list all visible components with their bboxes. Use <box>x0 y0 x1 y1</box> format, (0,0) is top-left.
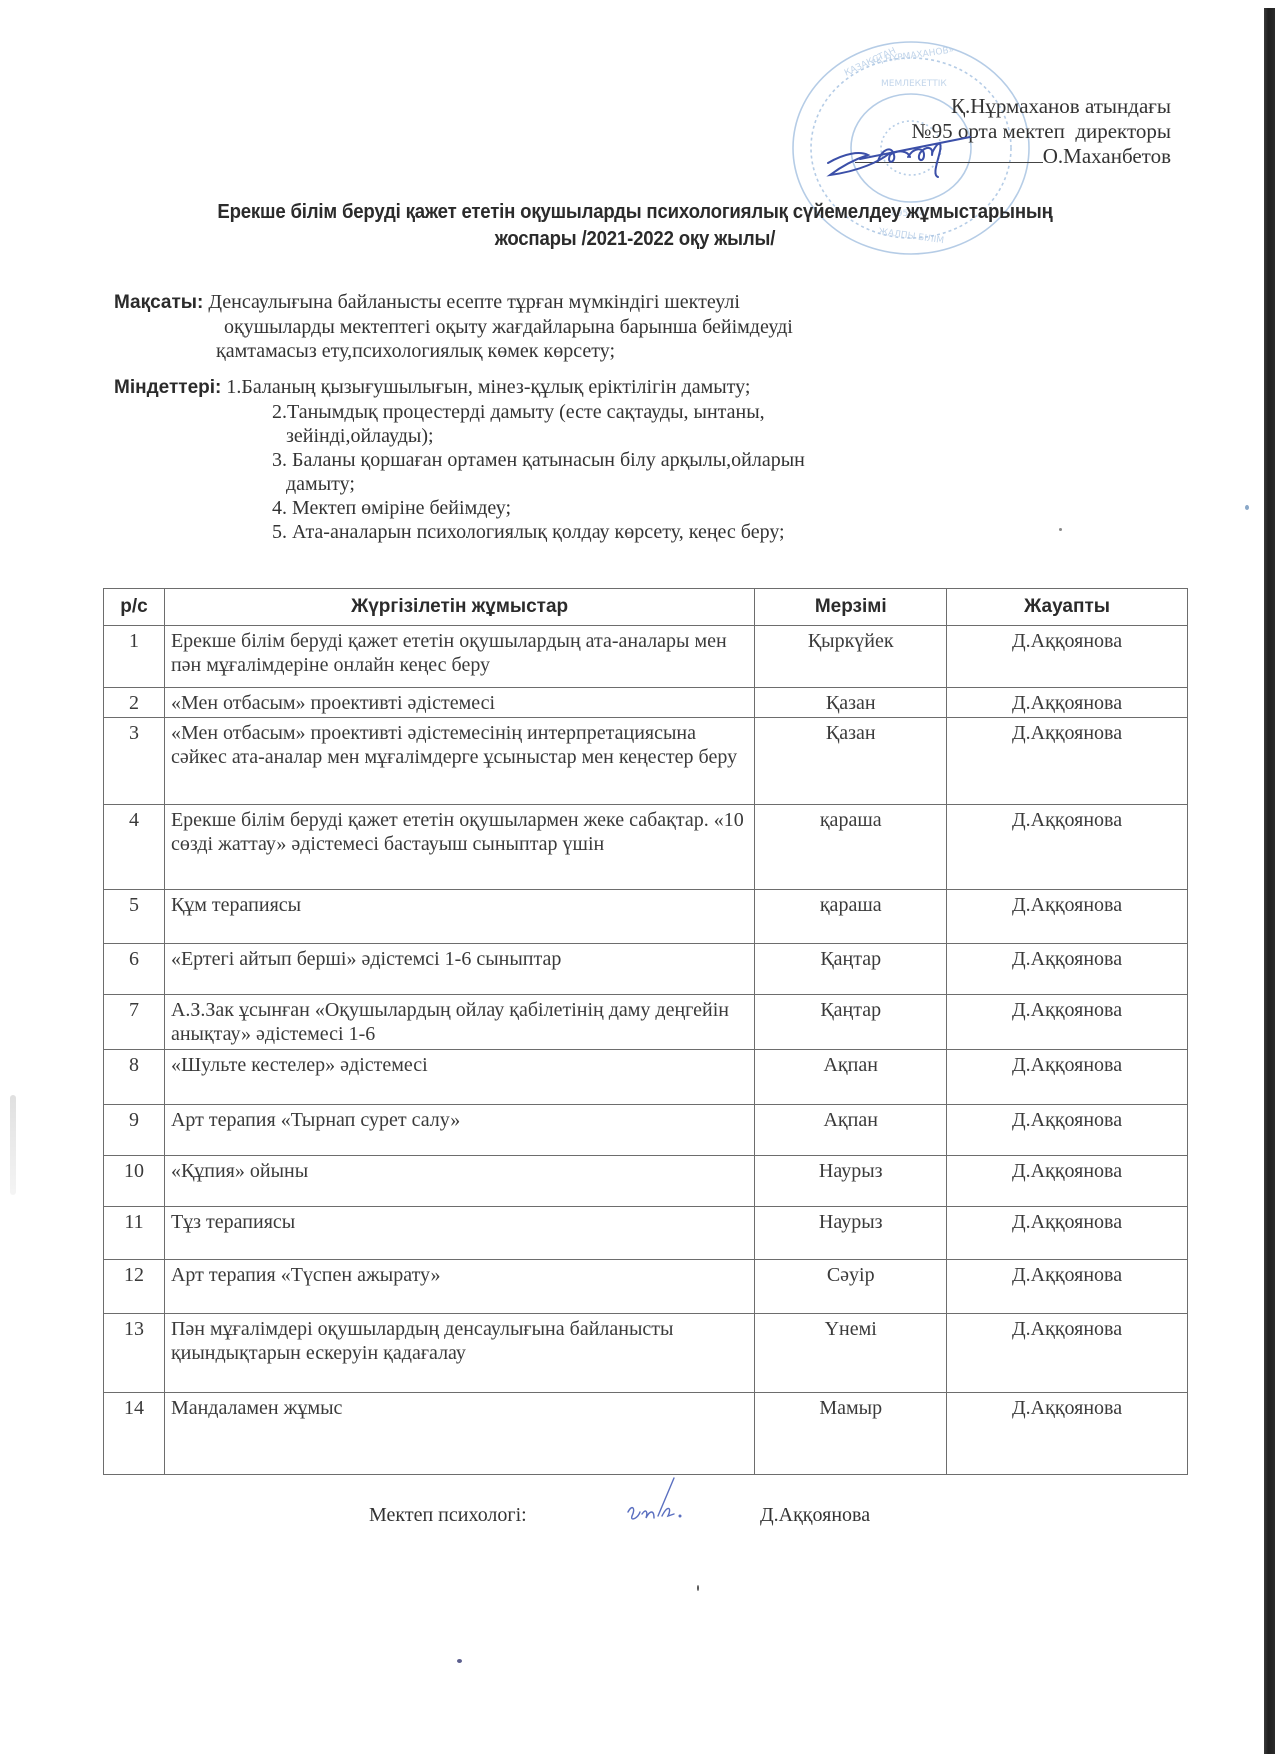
row-term: Қыркүйек <box>755 626 947 688</box>
table-row: 4Ерекше білім беруді қажет ететін оқушыл… <box>104 805 1188 890</box>
row-activity: Арт терапия «Түспен ажырату» <box>164 1260 754 1314</box>
table-row: 12Арт терапия «Түспен ажырату»СәуірД.Аққ… <box>104 1260 1188 1314</box>
scan-border-edge <box>1264 8 1275 1754</box>
table-row: 11Тұз терапиясыНаурызД.Аққоянова <box>104 1207 1188 1260</box>
scan-speck <box>697 1585 699 1591</box>
table-row: 7А.З.Зак ұсынған «Оқушылардың ойлау қабі… <box>104 995 1188 1050</box>
row-number: 4 <box>104 805 165 890</box>
row-activity: «Мен отбасым» проективті әдістемесі <box>164 688 754 718</box>
table-row: 2 «Мен отбасым» проективті әдістемесіҚаз… <box>104 688 1188 718</box>
row-responsible: Д.Аққоянова <box>947 1156 1188 1207</box>
director-signature <box>820 131 980 181</box>
row-activity: «Құпия» ойыны <box>164 1156 754 1207</box>
task-line: 1.Баланың қызығушылығын, мінез-құлық ері… <box>226 376 750 398</box>
row-responsible: Д.Аққоянова <box>947 1050 1188 1105</box>
row-activity: Тұз терапиясы <box>164 1207 754 1260</box>
row-responsible: Д.Аққоянова <box>947 890 1188 944</box>
row-number: 12 <box>104 1260 165 1314</box>
row-responsible: Д.Аққоянова <box>947 1393 1188 1475</box>
header-activities: Жүргізілетін жұмыстар <box>164 589 754 626</box>
header-number: р/с <box>104 589 165 626</box>
row-responsible: Д.Аққоянова <box>947 944 1188 995</box>
title-line-1: Ерекше білім беруді қажет ететін оқушыла… <box>128 199 1142 226</box>
row-term: Үнемі <box>755 1314 947 1393</box>
header-responsible: Жауапты <box>947 589 1188 626</box>
row-responsible: Д.Аққоянова <box>947 1207 1188 1260</box>
row-activity: «Мен отбасым» проективті әдістемесінің и… <box>164 718 754 805</box>
row-term: қараша <box>755 890 947 944</box>
table-row: 3«Мен отбасым» проективті әдістемесінің … <box>104 718 1188 805</box>
table-row: 13Пән мұғалімдері оқушылардың денсаулығы… <box>104 1314 1188 1393</box>
tasks-label: Міндеттері: <box>114 377 221 398</box>
row-number: 11 <box>104 1207 165 1260</box>
task-line: 2.Танымдық процестерді дамыту (есте сақт… <box>114 400 805 424</box>
row-term: Қаңтар <box>755 944 947 995</box>
psychologist-signature <box>622 1474 692 1529</box>
table-row: 6«Ертегі айтып берші» әдістемсі 1-6 сыны… <box>104 944 1188 995</box>
tasks-section: Міндеттері: 1.Баланың қызығушылығын, мін… <box>114 375 805 544</box>
table-row: 14Мандаламен жұмысМамырД.Аққоянова <box>104 1393 1188 1475</box>
table-row: 9Арт терапия «Тырнап сурет салу»АқпанД.А… <box>104 1105 1188 1156</box>
row-number: 1 <box>104 626 165 688</box>
row-activity: Құм терапиясы <box>164 890 754 944</box>
task-line: 3. Баланы қоршаған ортамен қатынасын біл… <box>114 448 805 472</box>
scan-smudge <box>10 1095 16 1195</box>
row-term: Ақпан <box>755 1050 947 1105</box>
row-number: 9 <box>104 1105 165 1156</box>
goal-line: оқушыларды мектептегі оқыту жағдайларына… <box>114 315 793 339</box>
row-number: 10 <box>104 1156 165 1207</box>
row-responsible: Д.Аққоянова <box>947 995 1188 1050</box>
row-number: 7 <box>104 995 165 1050</box>
svg-text:«Қ.НҰРМАХАНОВ»: «Қ.НҰРМАХАНОВ» <box>870 45 955 67</box>
row-number: 13 <box>104 1314 165 1393</box>
row-number: 14 <box>104 1393 165 1475</box>
row-number: 6 <box>104 944 165 995</box>
row-term: қараша <box>755 805 947 890</box>
row-responsible: Д.Аққоянова <box>947 1314 1188 1393</box>
task-line: зейінді,ойлауды); <box>114 424 805 448</box>
svg-text:МЕМЛЕКЕТТІК: МЕМЛЕКЕТТІК <box>881 79 947 89</box>
scan-speck <box>1245 505 1249 510</box>
title-line-2: жоспары /2021-2022 оқу жылы/ <box>128 226 1142 253</box>
psychologist-name: Д.Аққоянова <box>760 1504 870 1527</box>
row-activity: А.З.Зак ұсынған «Оқушылардың ойлау қабіл… <box>164 995 754 1050</box>
table-row: 8«Шульте кестелер» әдістемесіАқпанД.Аққо… <box>104 1050 1188 1105</box>
plan-table: р/с Жүргізілетін жұмыстар Мерзімі Жауапт… <box>103 588 1188 1475</box>
task-line: 5. Ата-аналарын психологиялық қолдау көр… <box>114 520 805 544</box>
row-responsible: Д.Аққоянова <box>947 718 1188 805</box>
document-title: Ерекше білім беруді қажет ететін оқушыла… <box>128 199 1142 253</box>
approval-director-name: О.Маханбетов <box>1043 144 1171 168</box>
row-number: 5 <box>104 890 165 944</box>
table-row: 1Ерекше білім беруді қажет ететін оқушыл… <box>104 626 1188 688</box>
row-responsible: Д.Аққоянова <box>947 626 1188 688</box>
scan-speck <box>457 1659 462 1663</box>
row-responsible: Д.Аққоянова <box>947 1260 1188 1314</box>
row-term: Қазан <box>755 718 947 805</box>
row-activity: Арт терапия «Тырнап сурет салу» <box>164 1105 754 1156</box>
psychologist-role: Мектеп психологі: <box>369 1504 527 1527</box>
task-line: 4. Мектеп өміріне бейімдеу; <box>114 496 805 520</box>
row-responsible: Д.Аққоянова <box>947 805 1188 890</box>
goal-section: Мақсаты: Денсаулығына байланысты есепте … <box>114 290 793 363</box>
row-number: 3 <box>104 718 165 805</box>
approval-school: Қ.Нұрмаханов атындағы <box>855 94 1171 119</box>
row-term: Сәуір <box>755 1260 947 1314</box>
row-term: Наурыз <box>755 1207 947 1260</box>
goal-line: қамтамасыз ету,психологиялық көмек көрсе… <box>114 339 793 363</box>
goal-label: Мақсаты: <box>114 292 203 313</box>
table-body: 1Ерекше білім беруді қажет ететін оқушыл… <box>104 626 1188 1475</box>
row-activity: Ерекше білім беруді қажет ететін оқушыла… <box>164 626 754 688</box>
row-term: Қаңтар <box>755 995 947 1050</box>
row-number: 2 <box>104 688 165 718</box>
row-term: Қазан <box>755 688 947 718</box>
table-row: 10«Құпия» ойыныНаурызД.Аққоянова <box>104 1156 1188 1207</box>
row-responsible: Д.Аққоянова <box>947 1105 1188 1156</box>
header-term: Мерзімі <box>755 589 947 626</box>
row-activity: Ерекше білім беруді қажет ететін оқушыла… <box>164 805 754 890</box>
row-number: 8 <box>104 1050 165 1105</box>
table-row: 5Құм терапиясықарашаД.Аққоянова <box>104 890 1188 944</box>
row-activity: Мандаламен жұмыс <box>164 1393 754 1475</box>
row-responsible: Д.Аққоянова <box>947 688 1188 718</box>
row-term: Наурыз <box>755 1156 947 1207</box>
row-activity: «Шульте кестелер» әдістемесі <box>164 1050 754 1105</box>
scan-speck <box>1059 528 1062 531</box>
task-line: дамыту; <box>114 472 805 496</box>
goal-line: Денсаулығына байланысты есепте тұрған мү… <box>208 291 740 313</box>
row-term: Мамыр <box>755 1393 947 1475</box>
table-header-row: р/с Жүргізілетін жұмыстар Мерзімі Жауапт… <box>104 589 1188 626</box>
row-term: Ақпан <box>755 1105 947 1156</box>
row-activity: «Ертегі айтып берші» әдістемсі 1-6 сынып… <box>164 944 754 995</box>
row-activity: Пән мұғалімдері оқушылардың денсаулығына… <box>164 1314 754 1393</box>
